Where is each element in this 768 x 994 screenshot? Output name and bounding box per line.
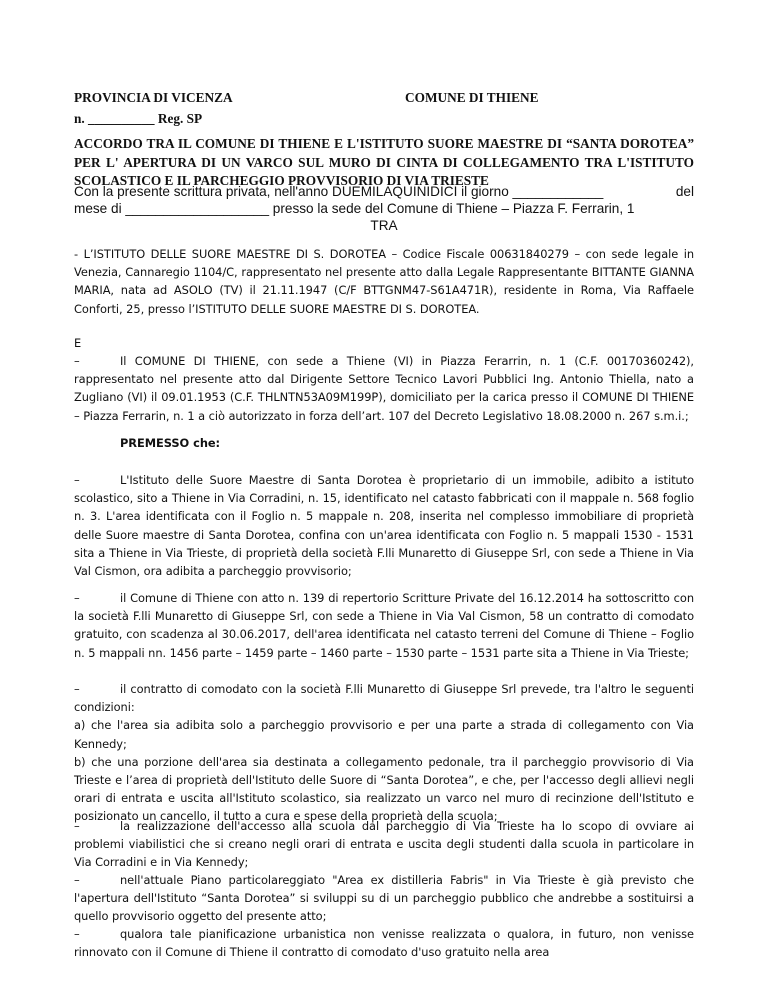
dash-marker: – <box>74 471 120 489</box>
dash-marker: – <box>74 817 120 835</box>
intro-line-1: Con la presente scrittura privata, nell'… <box>74 183 603 200</box>
municipality-label: COMUNE DI THIENE <box>405 90 538 106</box>
intro-line-1-end: del <box>676 183 694 200</box>
and-label: E <box>74 334 694 352</box>
between-label: TRA <box>74 217 694 234</box>
clause-3: –il contratto di comodato con la società… <box>74 680 694 826</box>
clause-text: la realizzazione dell'accesso alla scuol… <box>74 819 694 869</box>
clause-text: il contratto di comodato con la società … <box>74 682 694 714</box>
sub-clause-b: b) che una porzione dell'area sia destin… <box>74 753 694 826</box>
intro-line-2: mese di ___________________ presso la se… <box>74 200 694 217</box>
dash-marker: – <box>74 589 120 607</box>
clause-2: –il Comune di Thiene con atto n. 139 di … <box>74 589 694 662</box>
party-1-paragraph: - L’ISTITUTO DELLE SUORE MAESTRE DI S. D… <box>74 245 694 318</box>
document-header: PROVINCIA DI VICENZA COMUNE DI THIENE <box>74 90 694 108</box>
clause-6: –qualora tale pianificazione urbanistica… <box>74 925 694 961</box>
clause-5: –nell'attuale Piano particolareggiato "A… <box>74 871 694 926</box>
clause-text: il Comune di Thiene con atto n. 139 di r… <box>74 591 694 660</box>
dash-marker: – <box>74 352 120 370</box>
clause-text: qualora tale pianificazione urbanistica … <box>74 927 694 959</box>
registry-number-line: n. __________ Reg. SP <box>74 111 202 127</box>
sub-clause-a: a) che l'area sia adibita solo a parcheg… <box>74 716 694 752</box>
dash-marker: – <box>74 680 120 698</box>
intro-paragraph: Con la presente scrittura privata, nell'… <box>74 183 694 234</box>
clause-text: nell'attuale Piano particolareggiato "Ar… <box>74 873 694 923</box>
party-2-text: Il COMUNE DI THIENE, con sede a Thiene (… <box>74 354 694 423</box>
dash-marker: – <box>74 925 120 943</box>
clause-1: –L'Istituto delle Suore Maestre di Santa… <box>74 471 694 580</box>
province-label: PROVINCIA DI VICENZA <box>74 90 233 106</box>
clause-4: –la realizzazione dell'accesso alla scuo… <box>74 817 694 872</box>
party-2-paragraph: –Il COMUNE DI THIENE, con sede a Thiene … <box>74 352 694 425</box>
premesso-heading: PREMESSO che: <box>74 434 740 452</box>
clause-text: L'Istituto delle Suore Maestre di Santa … <box>74 473 694 578</box>
dash-marker: – <box>74 871 120 889</box>
